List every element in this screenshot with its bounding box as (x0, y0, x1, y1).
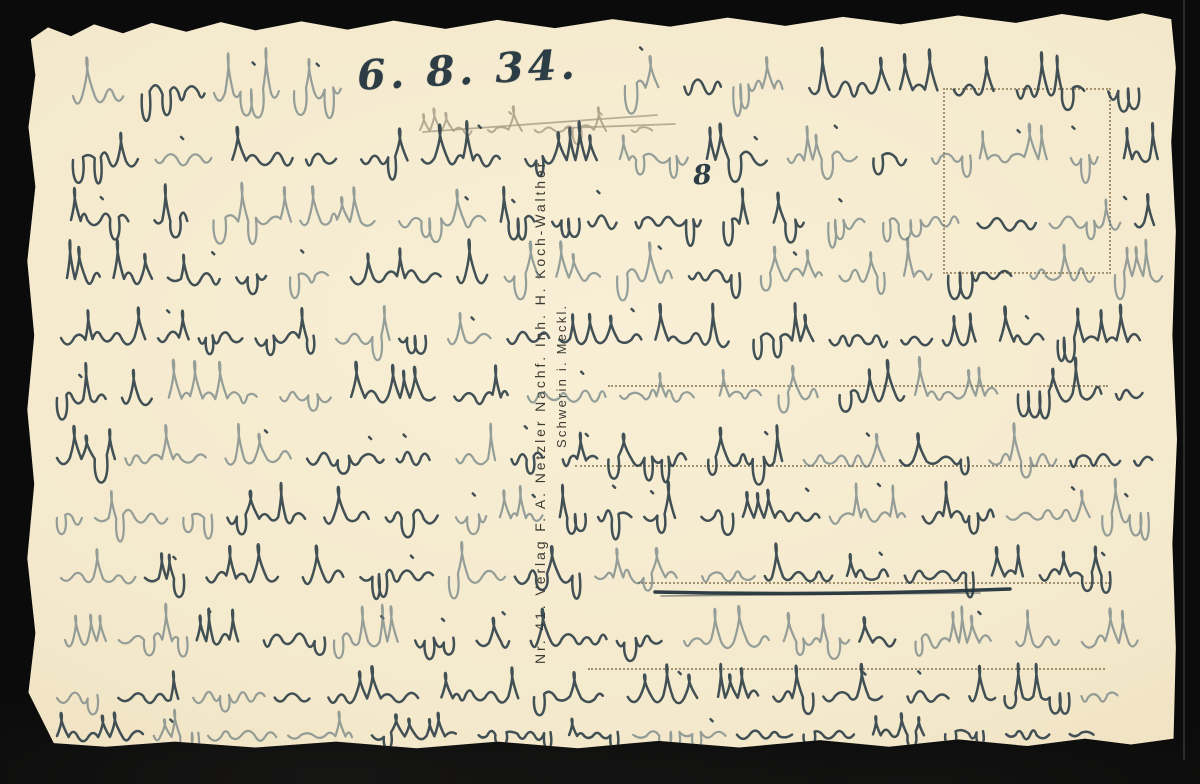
handwriting-line (57, 425, 1152, 484)
handwriting-line (61, 303, 1140, 362)
handwriting-line-faded (213, 183, 1120, 248)
handwriting-line (118, 664, 1069, 716)
handwriting-line-faded (169, 357, 998, 412)
handwriting-line-faded (290, 238, 1162, 301)
handwriting-line (73, 121, 1158, 183)
handwriting-line-faded (65, 604, 1138, 659)
handwriting-line (197, 609, 981, 661)
handwriting-line (640, 48, 1139, 112)
handwriting-line (227, 482, 1127, 540)
postcard: Nr. 41. Verlag F. A. Netzler Nachf. Inh.… (25, 8, 1177, 752)
handwriting-strokes (25, 8, 1177, 752)
pencil-scribble (420, 106, 652, 144)
handwriting-line-faded (73, 48, 341, 118)
superscript-numeral: 8 (692, 159, 713, 191)
handwriting-line (57, 713, 1094, 751)
scan-edge-artifact (1183, 0, 1185, 760)
scene-background: Nr. 41. Verlag F. A. Netzler Nachf. Inh.… (0, 0, 1200, 784)
handwriting-line-faded (156, 124, 1098, 183)
handwriting-line-faded (57, 479, 1149, 542)
